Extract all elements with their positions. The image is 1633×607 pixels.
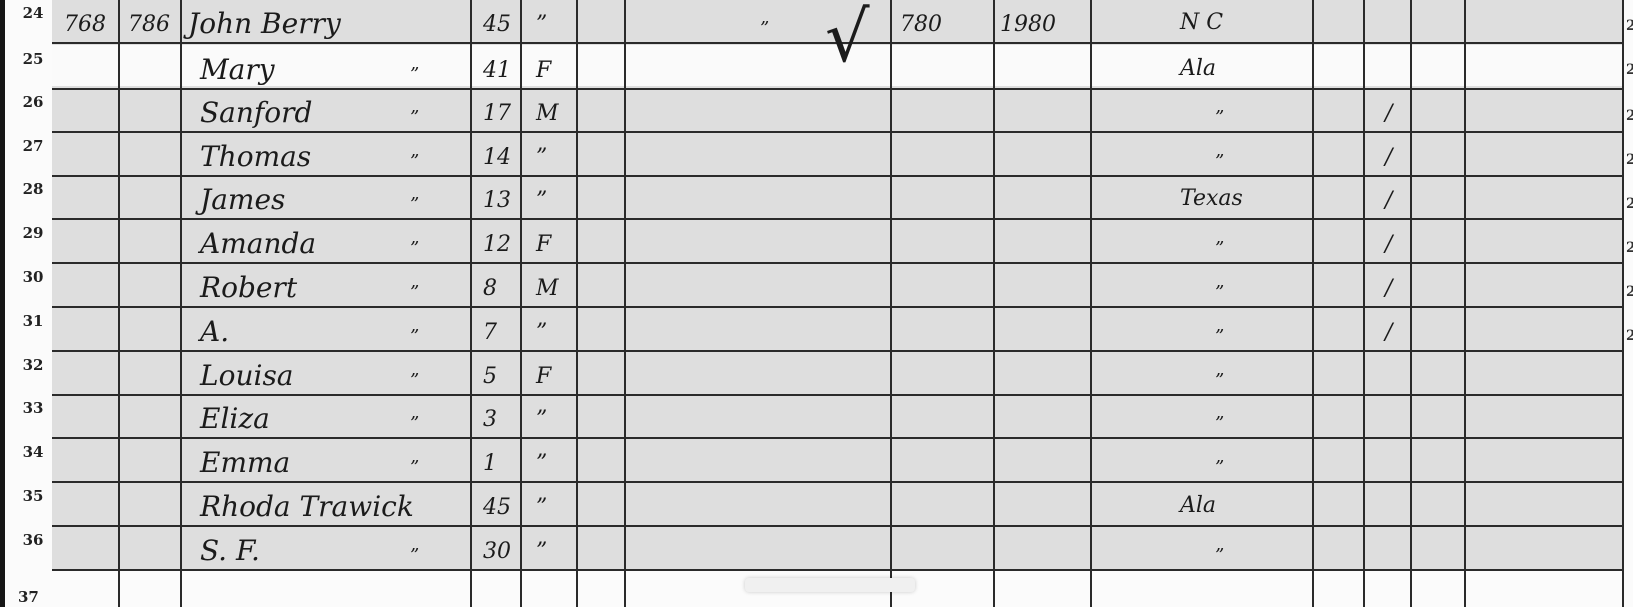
sex: ” <box>536 541 547 563</box>
line-number: 32 <box>18 356 48 374</box>
line-number: 25 <box>18 50 48 68</box>
birthplace: ” <box>1215 459 1224 477</box>
person-name: Amanda <box>200 230 316 258</box>
line-number: 29 <box>18 224 48 242</box>
surname-ditto: ” <box>410 372 419 390</box>
column-rule <box>1363 0 1365 607</box>
next-line-number: 37 <box>18 588 39 606</box>
dwelling-number: 768 <box>64 14 106 36</box>
sex: F <box>536 234 551 256</box>
cut-off-digit: 2 <box>1626 62 1633 78</box>
column-rule <box>1622 0 1624 607</box>
row-rule <box>52 306 1624 308</box>
row-rule <box>52 569 1624 571</box>
school-attendance-mark: / <box>1385 147 1392 169</box>
cut-off-digit: 2 <box>1626 108 1633 124</box>
sex: ” <box>536 147 547 169</box>
age: 17 <box>483 103 511 125</box>
person-name: Sanford <box>200 99 312 127</box>
column-rule <box>890 0 892 607</box>
surname-ditto: ” <box>410 196 419 214</box>
column-rule <box>180 0 182 607</box>
person-name: Robert <box>200 274 297 302</box>
surname-ditto: ” <box>410 547 419 565</box>
person-name: Eliza <box>200 405 270 433</box>
school-attendance-mark: / <box>1385 234 1392 256</box>
age: 30 <box>483 541 511 563</box>
cut-off-digit: 2 <box>1626 284 1633 300</box>
row-rule <box>52 218 1624 220</box>
check-mark-icon: √ <box>825 0 870 78</box>
cut-off-digit: 2 <box>1626 328 1633 344</box>
surname-ditto: ” <box>410 415 419 433</box>
row-rule <box>52 481 1624 483</box>
sex: M <box>536 278 559 300</box>
birthplace: ” <box>1215 372 1224 390</box>
birthplace: Ala <box>1180 495 1216 517</box>
person-name: Louisa <box>200 362 294 390</box>
sex: ” <box>536 409 547 431</box>
column-rule <box>1464 0 1466 607</box>
cut-off-digit: 2 <box>1626 152 1633 168</box>
birthplace: Texas <box>1180 188 1243 210</box>
surname-ditto: ” <box>410 66 419 84</box>
age: 12 <box>483 234 511 256</box>
birthplace: ” <box>1215 153 1224 171</box>
column-rule <box>624 0 626 607</box>
line-number: 24 <box>18 4 48 22</box>
line-number: 36 <box>18 531 48 549</box>
surname-ditto: ” <box>410 153 419 171</box>
sex: F <box>536 60 551 82</box>
line-number: 30 <box>18 268 48 286</box>
column-rule <box>470 0 472 607</box>
age: 45 <box>483 497 511 519</box>
row-rule <box>52 88 1624 90</box>
person-name: Emma <box>200 449 290 477</box>
person-name: Rhoda Trawick <box>200 493 414 521</box>
sex: F <box>536 366 551 388</box>
age: 1 <box>483 453 497 475</box>
sex: ” <box>536 453 547 475</box>
birthplace: ” <box>1215 328 1224 346</box>
surname-ditto: ” <box>410 328 419 346</box>
school-attendance-mark: / <box>1385 190 1392 212</box>
column-rule <box>1090 0 1092 607</box>
line-number: 28 <box>18 180 48 198</box>
line-number: 33 <box>18 399 48 417</box>
person-name: Thomas <box>200 143 311 171</box>
cut-off-digit: 2 <box>1626 18 1633 34</box>
surname-ditto: ” <box>410 459 419 477</box>
cut-off-digit: 2 <box>1626 196 1633 212</box>
birthplace: ” <box>1215 109 1224 127</box>
sex: ” <box>536 190 547 212</box>
age: 14 <box>483 147 511 169</box>
viewer-scroll-tab[interactable] <box>745 578 915 592</box>
column-rule <box>1312 0 1314 607</box>
surname-ditto: ” <box>410 109 419 127</box>
line-number: 26 <box>18 93 48 111</box>
sex: ” <box>536 14 547 36</box>
person-name: A. <box>200 318 229 346</box>
real-estate-value: 780 <box>900 14 942 36</box>
column-rule <box>118 0 120 607</box>
column-rule <box>1410 0 1412 607</box>
column-rule <box>576 0 578 607</box>
row-rule <box>52 525 1624 527</box>
age: 41 <box>483 60 511 82</box>
cut-off-digit: 2 <box>1626 240 1633 256</box>
person-name: James <box>200 186 285 214</box>
age: 8 <box>483 278 497 300</box>
surname-ditto: ” <box>410 240 419 258</box>
row-rule <box>52 131 1624 133</box>
occupation-ditto: ” <box>760 20 769 38</box>
line-number: 27 <box>18 137 48 155</box>
sex: ” <box>536 322 547 344</box>
line-number: 31 <box>18 312 48 330</box>
birthplace: N C <box>1180 12 1223 34</box>
age: 5 <box>483 366 497 388</box>
person-name: John Berry <box>188 10 341 38</box>
birthplace: ” <box>1215 547 1224 565</box>
school-attendance-mark: / <box>1385 103 1392 125</box>
page-edge <box>0 0 5 607</box>
sex: M <box>536 103 559 125</box>
family-number: 786 <box>128 14 170 36</box>
school-attendance-mark: / <box>1385 278 1392 300</box>
birthplace: ” <box>1215 284 1224 302</box>
line-number: 35 <box>18 487 48 505</box>
column-rule <box>520 0 522 607</box>
row-rule <box>52 262 1624 264</box>
age: 13 <box>483 190 511 212</box>
row-rule <box>52 437 1624 439</box>
age: 3 <box>483 409 497 431</box>
birthplace: Ala <box>1180 58 1216 80</box>
column-rule <box>993 0 995 607</box>
age: 7 <box>483 322 497 344</box>
row-rule <box>52 175 1624 177</box>
row-rule <box>52 394 1624 396</box>
line-number: 34 <box>18 443 48 461</box>
birthplace: ” <box>1215 240 1224 258</box>
birthplace: ” <box>1215 415 1224 433</box>
personal-estate-value: 1980 <box>1000 14 1056 36</box>
row-rule <box>52 350 1624 352</box>
person-name: S. F. <box>200 537 260 565</box>
person-name: Mary <box>200 56 275 84</box>
census-sheet: 24768786John Berry45””7801980N C√25Mary”… <box>0 0 1633 607</box>
surname-ditto: ” <box>410 284 419 302</box>
sex: ” <box>536 497 547 519</box>
age: 45 <box>483 14 511 36</box>
school-attendance-mark: / <box>1385 322 1392 344</box>
